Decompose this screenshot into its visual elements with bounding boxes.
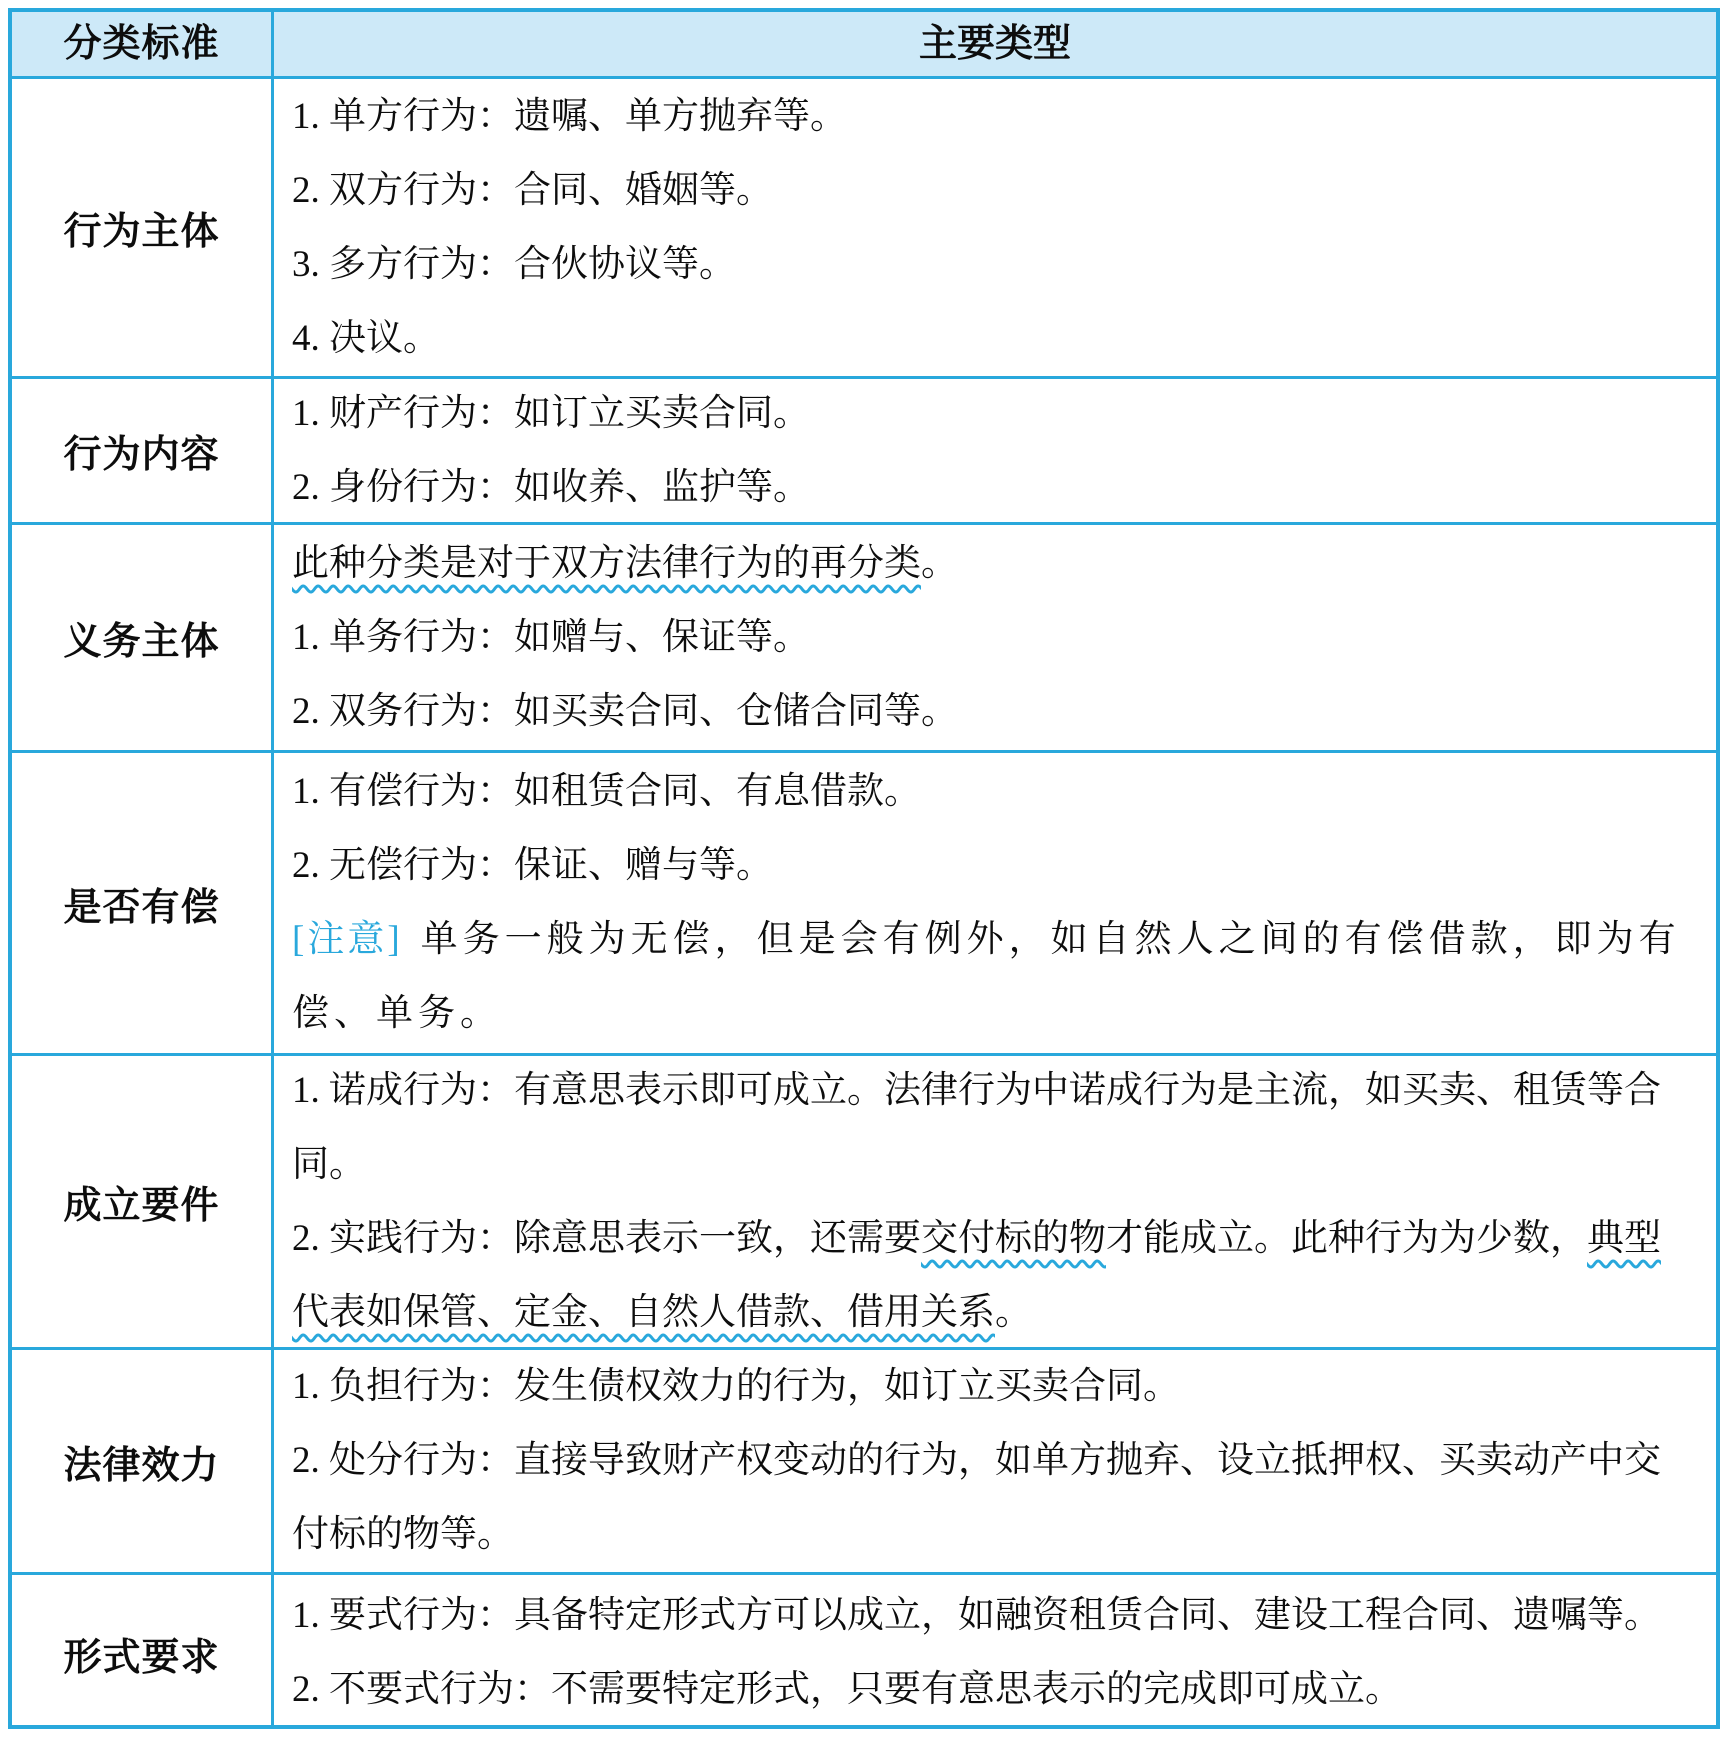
list-item: 1. 财产行为：如订立买卖合同。 — [292, 377, 1690, 451]
table-row-formation: 成立要件 1. 诺成行为：有意思表示即可成立。法律行为中诺成行为是主流，如买卖、… — [12, 1053, 1716, 1347]
item-segment: 。 — [995, 1292, 1032, 1333]
note-label: [注意] — [292, 919, 403, 960]
list-item: 4. 决议。 — [292, 302, 1690, 376]
table-row-obligation: 义务主体 此种分类是对于双方法律行为的再分类。 1. 单务行为：如赠与、保证等。… — [12, 522, 1716, 750]
header-cell-types: 主要类型 — [274, 12, 1716, 76]
classification-table: 分类标准 主要类型 行为主体 1. 单方行为：遗嘱、单方抛弃等。 2. 双方行为… — [8, 8, 1720, 1729]
list-item: 1. 要式行为：具备特定形式方可以成立，如融资租赁合同、建设工程合同、遗嘱等。 — [292, 1579, 1690, 1653]
list-item: 2. 实践行为：除意思表示一致，还需要交付标的物才能成立。此种行为为少数，典型代… — [292, 1202, 1690, 1350]
cell-content: 1. 诺成行为：有意思表示即可成立。法律行为中诺成行为是主流，如买卖、租赁等合同… — [274, 1056, 1716, 1347]
wavy-underline-text: 此种分类是对于双方法律行为的再分类 — [292, 543, 921, 584]
list-item: 2. 双方行为：合同、婚姻等。 — [292, 154, 1690, 228]
row-label: 行为内容 — [12, 379, 274, 522]
wavy-underline-text: 交付标的物 — [921, 1218, 1106, 1259]
cell-content: 1. 财产行为：如订立买卖合同。 2. 身份行为：如收养、监护等。 — [274, 379, 1716, 522]
row-label: 是否有偿 — [12, 753, 274, 1053]
cell-content: 此种分类是对于双方法律行为的再分类。 1. 单务行为：如赠与、保证等。 2. 双… — [274, 525, 1716, 750]
cell-content: 1. 要式行为：具备特定形式方可以成立，如融资租赁合同、建设工程合同、遗嘱等。 … — [274, 1575, 1716, 1729]
table-row-onerous: 是否有偿 1. 有偿行为：如租赁合同、有息借款。 2. 无偿行为：保证、赠与等。… — [12, 750, 1716, 1053]
cell-content: 1. 负担行为：发生债权效力的行为，如订立买卖合同。 2. 处分行为：直接导致财… — [274, 1350, 1716, 1572]
row-label: 形式要求 — [12, 1575, 274, 1729]
list-item: 2. 身份行为：如收养、监护等。 — [292, 451, 1690, 525]
table-row-subject: 行为主体 1. 单方行为：遗嘱、单方抛弃等。 2. 双方行为：合同、婚姻等。 3… — [12, 76, 1716, 376]
header-types-text: 主要类型 — [919, 12, 1071, 76]
list-item: 2. 无偿行为：保证、赠与等。 — [292, 829, 1690, 903]
cell-content: 1. 单方行为：遗嘱、单方抛弃等。 2. 双方行为：合同、婚姻等。 3. 多方行… — [274, 79, 1716, 376]
list-item: 2. 双务行为：如买卖合同、仓储合同等。 — [292, 675, 1690, 749]
list-item: 1. 诺成行为：有意思表示即可成立。法律行为中诺成行为是主流，如买卖、租赁等合同… — [292, 1054, 1690, 1202]
note-text: 单务一般为无偿，但是会有例外，如自然人之间的有偿借款，即为有偿、单务。 — [292, 919, 1681, 1034]
table-row-content: 行为内容 1. 财产行为：如订立买卖合同。 2. 身份行为：如收养、监护等。 — [12, 376, 1716, 522]
table-row-effect: 法律效力 1. 负担行为：发生债权效力的行为，如订立买卖合同。 2. 处分行为：… — [12, 1347, 1716, 1572]
header-cell-criteria: 分类标准 — [12, 12, 274, 76]
item-segment: 才能成立。此种行为为少数， — [1106, 1218, 1587, 1259]
row-label: 行为主体 — [12, 79, 274, 376]
table-header-row: 分类标准 主要类型 — [12, 12, 1716, 76]
intro-tail: 。 — [921, 543, 958, 584]
list-item: 1. 单方行为：遗嘱、单方抛弃等。 — [292, 80, 1690, 154]
cell-content: 1. 有偿行为：如租赁合同、有息借款。 2. 无偿行为：保证、赠与等。 [注意]… — [274, 753, 1716, 1053]
note-paragraph: [注意]单务一般为无偿，但是会有例外，如自然人之间的有偿借款，即为有偿、单务。 — [292, 903, 1690, 1051]
table-row-form: 形式要求 1. 要式行为：具备特定形式方可以成立，如融资租赁合同、建设工程合同、… — [12, 1572, 1716, 1729]
list-item: 2. 不要式行为：不需要特定形式，只要有意思表示的完成即可成立。 — [292, 1653, 1690, 1727]
intro-line: 此种分类是对于双方法律行为的再分类。 — [292, 527, 1690, 601]
item-segment: 2. 实践行为：除意思表示一致，还需要 — [292, 1218, 921, 1259]
list-item: 3. 多方行为：合伙协议等。 — [292, 228, 1690, 302]
list-item: 1. 单务行为：如赠与、保证等。 — [292, 601, 1690, 675]
row-label: 成立要件 — [12, 1056, 274, 1347]
header-criteria-text: 分类标准 — [63, 12, 219, 76]
row-label: 义务主体 — [12, 525, 274, 750]
row-label: 法律效力 — [12, 1350, 274, 1572]
list-item: 1. 负担行为：发生债权效力的行为，如订立买卖合同。 — [292, 1350, 1690, 1424]
list-item: 1. 有偿行为：如租赁合同、有息借款。 — [292, 755, 1690, 829]
list-item: 2. 处分行为：直接导致财产权变动的行为，如单方抛弃、设立抵押权、买卖动产中交付… — [292, 1424, 1690, 1572]
